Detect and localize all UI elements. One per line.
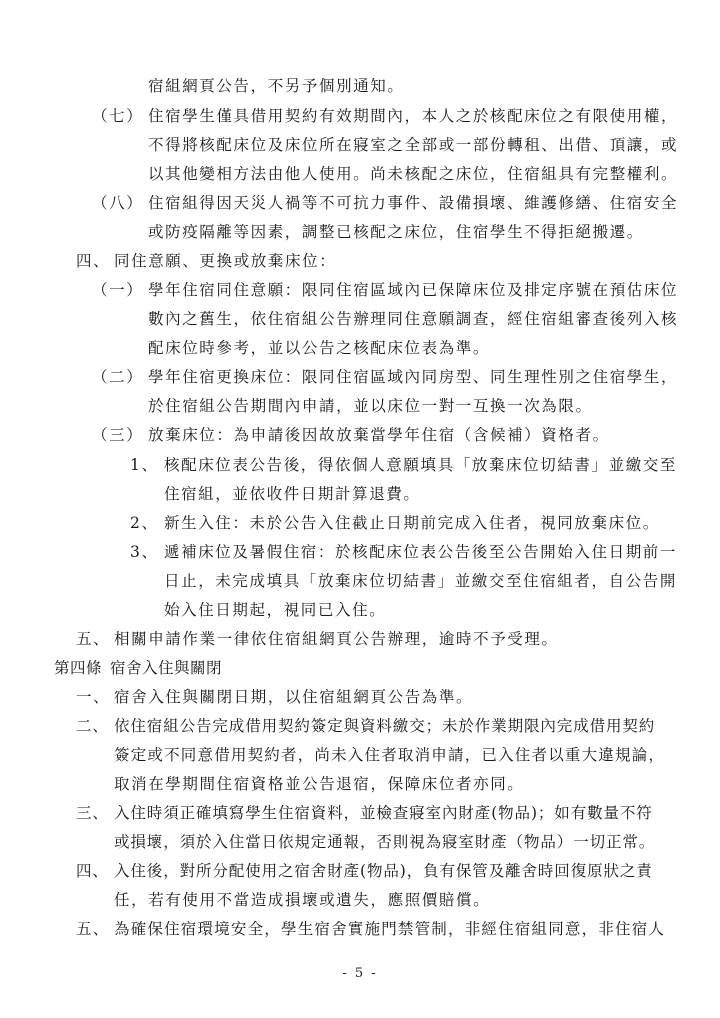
paragraph-line: 日止，未完成填具「放棄床位切結書」並繳交至住宿組者，自公告開 — [164, 570, 677, 592]
line-text: 取消在學期間住宿資格並公告退宿，保障床位者亦同。 — [114, 775, 524, 793]
item-label: 五、 — [76, 628, 114, 650]
item-2: 二、依住宿組公告完成借用契約簽定與資料繳交；未於作業期限內完成借用契約 — [76, 715, 655, 737]
line-text: 新生入住：未於公告入住截止日期前完成入住者，視同放棄床位。 — [164, 514, 660, 532]
line-text: 學年住宿更換床位：限同住宿區域內同房型、同生理性別之住宿學生， — [148, 368, 678, 386]
line-text: 住宿學生僅具借用契約有效期間內，本人之於核配床位之有限使用權， — [148, 107, 678, 125]
line-text: 入住時須正確填寫學生住宿資料，並檢查寢室內財產(物品)；如有數量不符 — [114, 804, 653, 822]
line-text: 核配床位表公告後，得依個人意願填具「放棄床位切結書」並繳交至 — [164, 456, 677, 474]
item-label: 五、 — [76, 918, 114, 940]
paragraph-line: 住宿組，並依收件日期計算退費。 — [164, 483, 421, 505]
paragraph-line: 取消在學期間住宿資格並公告退宿，保障床位者亦同。 — [114, 773, 524, 795]
item-5-article4: 五、為確保住宿環境安全，學生宿舍實施門禁管制，非經住宿組同意，非住宿人 — [76, 918, 665, 940]
paragraph-line: 始入住日期起，視同已入住。 — [164, 599, 386, 621]
clause-label: （一） — [92, 279, 148, 301]
line-text: 於住宿組公告期間內申請，並以床位一對一互換一次為限。 — [148, 397, 593, 415]
clause-label: （八） — [92, 192, 148, 214]
line-text: 住宿組，並依收件日期計算退費。 — [164, 485, 421, 503]
article-4-heading: 第四條宿舍入住與關閉 — [54, 657, 222, 679]
line-text: 入住後，對所分配使用之宿舍財產(物品)，負有保管及離舍時回復原狀之責 — [114, 862, 653, 880]
line-text: 依住宿組公告完成借用契約簽定與資料繳交；未於作業期限內完成借用契約 — [114, 717, 655, 735]
line-text: 宿組網頁公告，不另予個別通知。 — [148, 77, 405, 95]
clause-1: （一）學年住宿同住意願：限同住宿區域內已保障床位及排定序號在預估床位 — [92, 279, 678, 301]
line-text: 為確保住宿環境安全，學生宿舍實施門禁管制，非經住宿組同意，非住宿人 — [114, 920, 665, 938]
clause-7: （七）住宿學生僅具借用契約有效期間內，本人之於核配床位之有限使用權， — [92, 105, 678, 127]
item-label: 四、 — [76, 250, 114, 272]
line-text: 簽定或不同意借用契約者，尚未入住者取消申請，已入住者以重大違規論， — [114, 746, 665, 764]
paragraph-line: 以其他變相方法由他人使用。尚未核配之床位，住宿組具有完整權利。 — [148, 163, 678, 185]
paragraph-line: 宿組網頁公告，不另予個別通知。 — [148, 75, 405, 97]
item-label: 一、 — [76, 686, 114, 708]
line-text: 或損壞，須於入住當日依規定通報，否則視為寢室財產（物品）一切正常。 — [114, 833, 655, 851]
item-label: 四、 — [76, 860, 114, 882]
item-4: 四、入住後，對所分配使用之宿舍財產(物品)，負有保管及離舍時回復原狀之責 — [76, 860, 653, 882]
subitem-label: 2、 — [130, 512, 164, 534]
line-text: 放棄床位：為申請後因故放棄當學年住宿（含候補）資格者。 — [148, 426, 610, 444]
item-4-heading: 四、同住意願、更換或放棄床位： — [76, 250, 336, 272]
line-text: 宿舍入住與關閉日期，以住宿組網頁公告為準。 — [114, 688, 473, 706]
line-text: 不得將核配床位及床位所在寢室之全部或一部份轉租、出借、頂讓，或 — [148, 136, 678, 154]
line-text: 日止，未完成填具「放棄床位切結書」並繳交至住宿組者，自公告開 — [164, 572, 677, 590]
paragraph-line: 任，若有使用不當造成損壞或遺失，應照價賠償。 — [114, 889, 490, 911]
paragraph-line: 配床位時參考，並以公告之核配床位表為準。 — [148, 337, 490, 359]
clause-label: （三） — [92, 424, 148, 446]
line-text: 遞補床位及暑假住宿：於核配床位表公告後至公告開始入住日期前一 — [164, 543, 677, 561]
subitem-label: 1、 — [130, 454, 164, 476]
line-text: 任，若有使用不當造成損壞或遺失，應照價賠償。 — [114, 891, 490, 909]
paragraph-line: 或損壞，須於入住當日依規定通報，否則視為寢室財產（物品）一切正常。 — [114, 831, 655, 853]
line-text: 或防疫隔離等因素，調整已核配之床位，住宿學生不得拒絕搬遷。 — [148, 223, 644, 241]
subitem-2: 2、新生入住：未於公告入住截止日期前完成入住者，視同放棄床位。 — [130, 512, 660, 534]
line-text: 學年住宿同住意願：限同住宿區域內已保障床位及排定序號在預估床位 — [148, 281, 678, 299]
paragraph-line: 或防疫隔離等因素，調整已核配之床位，住宿學生不得拒絕搬遷。 — [148, 221, 644, 243]
line-text: 同住意願、更換或放棄床位： — [114, 252, 336, 270]
clause-label: （七） — [92, 105, 148, 127]
clause-label: （二） — [92, 366, 148, 388]
paragraph-line: 簽定或不同意借用契約者，尚未入住者取消申請，已入住者以重大違規論， — [114, 744, 665, 766]
item-3: 三、入住時須正確填寫學生住宿資料，並檢查寢室內財產(物品)；如有數量不符 — [76, 802, 653, 824]
item-5: 五、相關申請作業一律依住宿組網頁公告辦理，逾時不予受理。 — [76, 628, 559, 650]
subitem-3: 3、遞補床位及暑假住宿：於核配床位表公告後至公告開始入住日期前一 — [130, 541, 677, 563]
item-label: 三、 — [76, 802, 114, 824]
line-text: 以其他變相方法由他人使用。尚未核配之床位，住宿組具有完整權利。 — [148, 165, 678, 183]
subitem-label: 3、 — [130, 541, 164, 563]
article-title: 宿舍入住與關閉 — [110, 659, 222, 677]
article-label: 第四條 — [54, 657, 110, 679]
item-label: 二、 — [76, 715, 114, 737]
clause-8: （八）住宿組得因天災人禍等不可抗力事件、設備損壞、維護修繕、住宿安全 — [92, 192, 678, 214]
page-number: - 5 - — [0, 966, 720, 981]
paragraph-line: 數內之舊生，依住宿組公告辦理同住意願調查，經住宿組審查後列入核 — [148, 308, 678, 330]
clause-3: （三）放棄床位：為申請後因故放棄當學年住宿（含候補）資格者。 — [92, 424, 610, 446]
paragraph-line: 於住宿組公告期間內申請，並以床位一對一互換一次為限。 — [148, 395, 593, 417]
clause-2: （二）學年住宿更換床位：限同住宿區域內同房型、同生理性別之住宿學生， — [92, 366, 678, 388]
line-text: 始入住日期起，視同已入住。 — [164, 601, 386, 619]
item-1: 一、宿舍入住與關閉日期，以住宿組網頁公告為準。 — [76, 686, 473, 708]
line-text: 住宿組得因天災人禍等不可抗力事件、設備損壞、維護修繕、住宿安全 — [148, 194, 678, 212]
line-text: 配床位時參考，並以公告之核配床位表為準。 — [148, 339, 490, 357]
subitem-1: 1、核配床位表公告後，得依個人意願填具「放棄床位切結書」並繳交至 — [130, 454, 677, 476]
line-text: 相關申請作業一律依住宿組網頁公告辦理，逾時不予受理。 — [114, 630, 559, 648]
line-text: 數內之舊生，依住宿組公告辦理同住意願調查，經住宿組審查後列入核 — [148, 310, 678, 328]
paragraph-line: 不得將核配床位及床位所在寢室之全部或一部份轉租、出借、頂讓，或 — [148, 134, 678, 156]
document-page: 宿組網頁公告，不另予個別通知。 （七）住宿學生僅具借用契約有效期間內，本人之於核… — [0, 0, 720, 1018]
